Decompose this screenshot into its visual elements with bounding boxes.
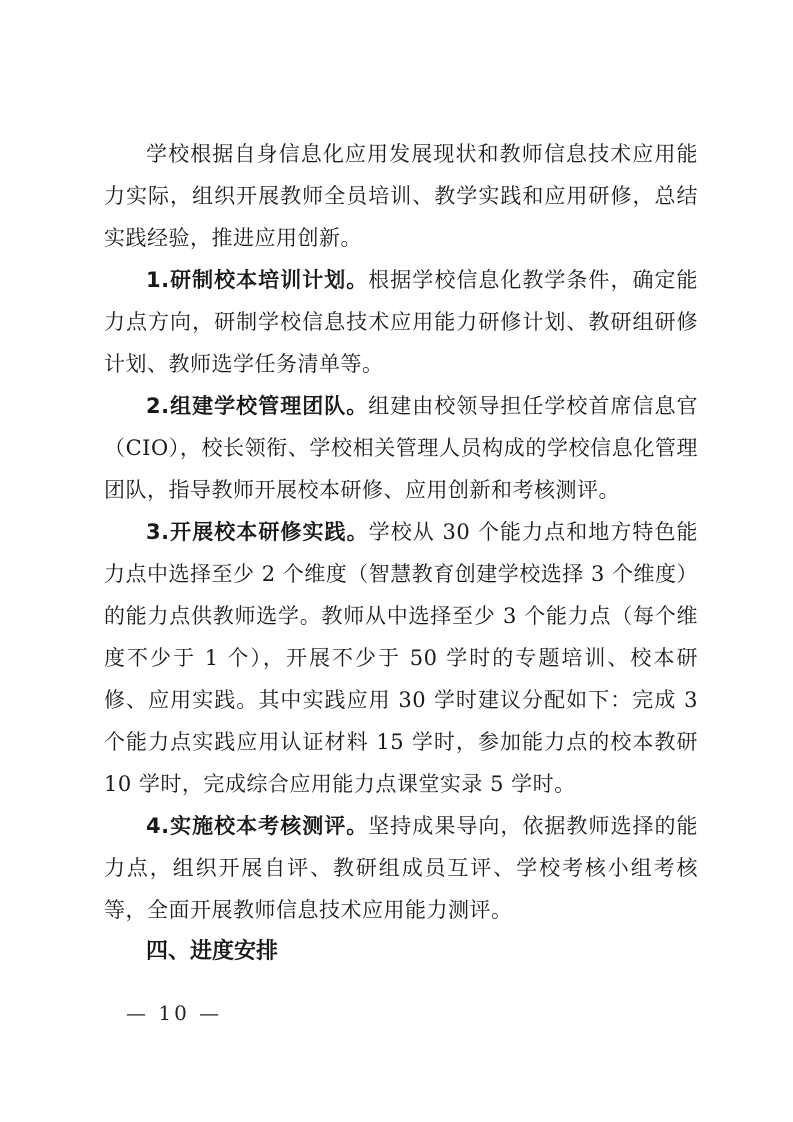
page-number: — 10 — bbox=[126, 999, 222, 1027]
paragraph: 4.实施校本考核测评。坚持成果导向，依据教师选择的能力点，组织开展自评、教研组成… bbox=[104, 805, 698, 931]
paragraph-lead: 2.组建学校管理团队。 bbox=[146, 394, 368, 418]
section-heading: 四、进度安排 bbox=[104, 931, 698, 973]
paragraph-lead: 1.研制校本培训计划。 bbox=[146, 268, 368, 292]
paragraph-text: 学校从 30 个能力点和地方特色能力点中选择至少 2 个维度（智慧教育创建学校选… bbox=[104, 520, 698, 796]
paragraph: 1.研制校本培训计划。根据学校信息化教学条件，确定能力点方向，研制学校信息技术应… bbox=[104, 259, 698, 385]
paragraph: 2.组建学校管理团队。组建由校领导担任学校首席信息官（CIO），校长领衔、学校相… bbox=[104, 385, 698, 511]
paragraph: 3.开展校本研修实践。学校从 30 个能力点和地方特色能力点中选择至少 2 个维… bbox=[104, 511, 698, 805]
document-content: 学校根据自身信息化应用发展现状和教师信息技术应用能力实际，组织开展教师全员培训、… bbox=[104, 133, 698, 973]
paragraph-lead: 4.实施校本考核测评。 bbox=[146, 814, 368, 838]
paragraph: 学校根据自身信息化应用发展现状和教师信息技术应用能力实际，组织开展教师全员培训、… bbox=[104, 133, 698, 259]
paragraph-text: 学校根据自身信息化应用发展现状和教师信息技术应用能力实际，组织开展教师全员培训、… bbox=[104, 142, 698, 250]
paragraph-lead: 3.开展校本研修实践。 bbox=[146, 520, 369, 544]
document-page: 学校根据自身信息化应用发展现状和教师信息技术应用能力实际，组织开展教师全员培训、… bbox=[0, 0, 793, 1122]
